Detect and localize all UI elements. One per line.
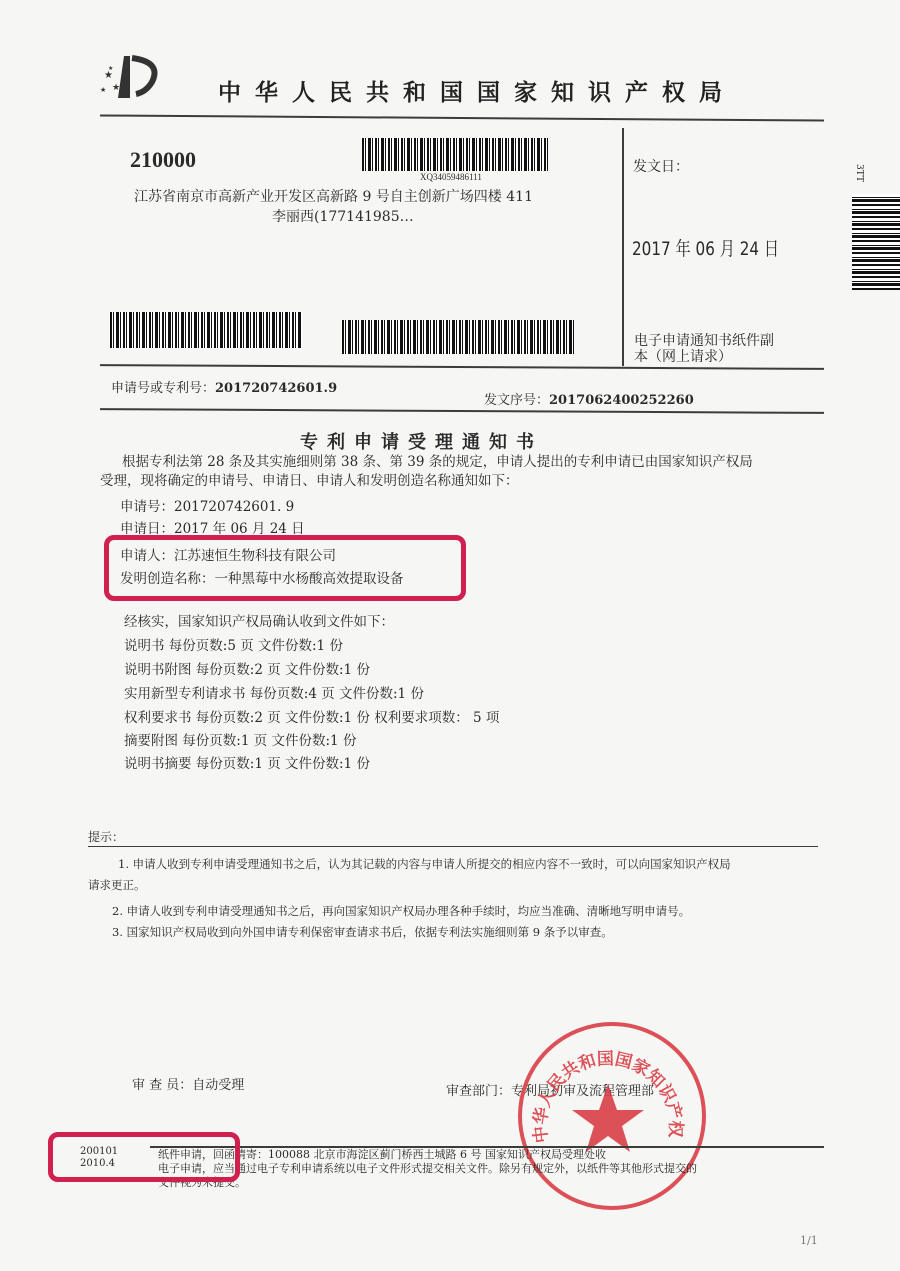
issue-date-label: 发文日：	[633, 156, 689, 176]
official-seal: 中华人民共和国国家知识产权局	[518, 1022, 706, 1210]
field-app-date: 申请日：2017 年 06 月 24 日	[120, 517, 305, 537]
side-barcode	[852, 194, 900, 290]
svg-text:★: ★	[112, 83, 120, 93]
highlight-footer-box	[48, 1132, 240, 1182]
svg-text:★: ★	[108, 65, 113, 72]
tips-label: 提示：	[88, 828, 124, 845]
received-item: 实用新型专利请求书 每份页数:4 页 文件份数:1 份	[124, 682, 424, 702]
barcode-right	[342, 320, 574, 354]
header-divider	[100, 114, 824, 121]
mail-barcode	[362, 138, 548, 171]
recipient: 李丽西(177141985…	[272, 207, 414, 227]
field-app-no: 申请号：201720742601. 9	[120, 495, 294, 515]
highlight-applicant-box	[104, 535, 466, 601]
barcode-left	[110, 312, 302, 348]
side-code: 3TT	[854, 164, 864, 182]
issue-date: 2017 年 06 月 24 日	[632, 234, 779, 261]
serial-no: 2017062400252260	[549, 393, 694, 408]
received-item: 说明书附图 每份页数:2 页 文件份数:1 份	[124, 658, 370, 678]
notice-intro-1: 根据专利法第 28 条及其实施细则第 38 条、第 39 条的规定，申请人提出的…	[122, 452, 753, 472]
barcode-number: XQ34059486111	[420, 172, 482, 182]
received-item: 摘要附图 每份页数:1 页 文件份数:1 份	[124, 729, 356, 749]
postcode: 210000	[130, 147, 196, 173]
id-row-bottom-divider	[100, 408, 824, 414]
tip-item: 2. 申请人收到专利申请受理通知书之后，再向国家知识产权局办理各种手续时，均应当…	[112, 903, 690, 919]
address: 江苏省南京市高新产业开发区高新路 9 号自主创新广场四楼 411	[134, 187, 533, 207]
svg-text:★: ★	[100, 86, 106, 94]
serial-label: 发文序号：	[484, 393, 549, 408]
examiner: 审 查 员：自动受理	[132, 1074, 244, 1093]
cnipa-logo-icon: ★ ★ ★ ★	[96, 52, 166, 102]
tip-item: 3. 国家知识产权局收到向外国申请专利保密审查请求书后，依据专利法实施细则第 9…	[112, 924, 613, 940]
tip-item: 1. 申请人收到专利申请受理通知书之后，认为其记载的内容与申请人所提交的相应内容…	[118, 856, 731, 872]
received-intro: 经核实，国家知识产权局确认收到文件如下：	[124, 610, 394, 630]
app-no: 201720742601.9	[215, 381, 337, 396]
notice-title: 专利申请受理通知书	[300, 428, 543, 454]
tip-item: 请求更正。	[88, 877, 146, 893]
org-title: 中华人民共和国国家知识产权局	[218, 74, 736, 107]
received-item: 说明书摘要 每份页数:1 页 文件份数:1 份	[124, 752, 370, 772]
page-number: 1/1	[800, 1234, 818, 1247]
app-no-row: 申请号或专利号：201720742601.9	[111, 377, 337, 396]
notice-intro-2: 受理，现将确定的申请号、申请日、申请人和发明创造名称通知如下：	[100, 471, 519, 491]
received-item: 说明书 每份页数:5 页 文件份数:1 份	[124, 634, 343, 654]
panel-divider	[622, 128, 624, 366]
app-no-label: 申请号或专利号：	[111, 381, 215, 396]
serial-row: 发文序号：2017062400252260	[484, 389, 694, 408]
received-item: 权利要求书 每份页数:2 页 文件份数:1 份 权利要求项数： 5 项	[124, 706, 499, 726]
panel-note-2: 本（网上请求）	[634, 346, 732, 366]
tips-divider	[88, 846, 818, 847]
